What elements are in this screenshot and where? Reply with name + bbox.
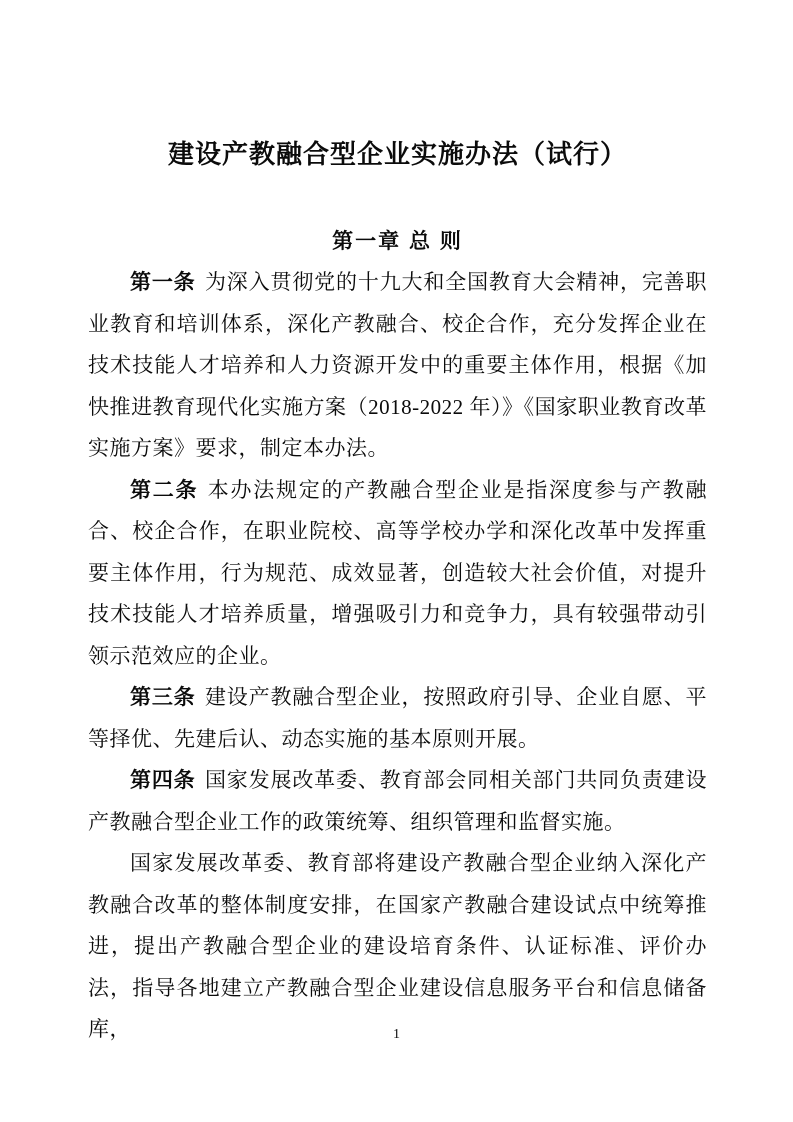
article-label: 第四条 [130, 768, 196, 792]
article-label: 第一条 [130, 270, 196, 294]
paragraph: 第二条本办法规定的产教融合型企业是指深度参与产教融合、校企合作，在职业院校、高等… [88, 470, 707, 678]
paragraph-text: 本办法规定的产教融合型企业是指深度参与产教融合、校企合作，在职业院校、高等学校办… [88, 478, 707, 668]
paragraph: 第三条建设产教融合型企业，按照政府引导、企业自愿、平等择优、先建后认、动态实施的… [88, 677, 707, 760]
page-number: 1 [0, 1027, 793, 1043]
document-page: 建设产教融合型企业实施办法（试行） 第一章 总 则 第一条为深入贯彻党的十九大和… [0, 0, 793, 1122]
page-content: 建设产教融合型企业实施办法（试行） 第一章 总 则 第一条为深入贯彻党的十九大和… [0, 0, 793, 1051]
document-title: 建设产教融合型企业实施办法（试行） [88, 0, 707, 171]
chapter-heading: 第一章 总 则 [88, 228, 707, 256]
article-label: 第三条 [130, 685, 196, 709]
paragraphs: 第一条为深入贯彻党的十九大和全国教育大会精神，完善职业教育和培训体系，深化产教融… [88, 262, 707, 1051]
paragraph: 国家发展改革委、教育部将建设产教融合型企业纳入深化产教融合改革的整体制度安排，在… [88, 843, 707, 1051]
paragraph: 第一条为深入贯彻党的十九大和全国教育大会精神，完善职业教育和培训体系，深化产教融… [88, 262, 707, 470]
paragraph: 第四条国家发展改革委、教育部会同相关部门共同负责建设产教融合型企业工作的政策统筹… [88, 760, 707, 843]
paragraph-text: 国家发展改革委、教育部将建设产教融合型企业纳入深化产教融合改革的整体制度安排，在… [88, 851, 707, 1041]
paragraph-text: 为深入贯彻党的十九大和全国教育大会精神，完善职业教育和培训体系，深化产教融合、校… [88, 270, 707, 460]
article-label: 第二条 [130, 478, 198, 502]
